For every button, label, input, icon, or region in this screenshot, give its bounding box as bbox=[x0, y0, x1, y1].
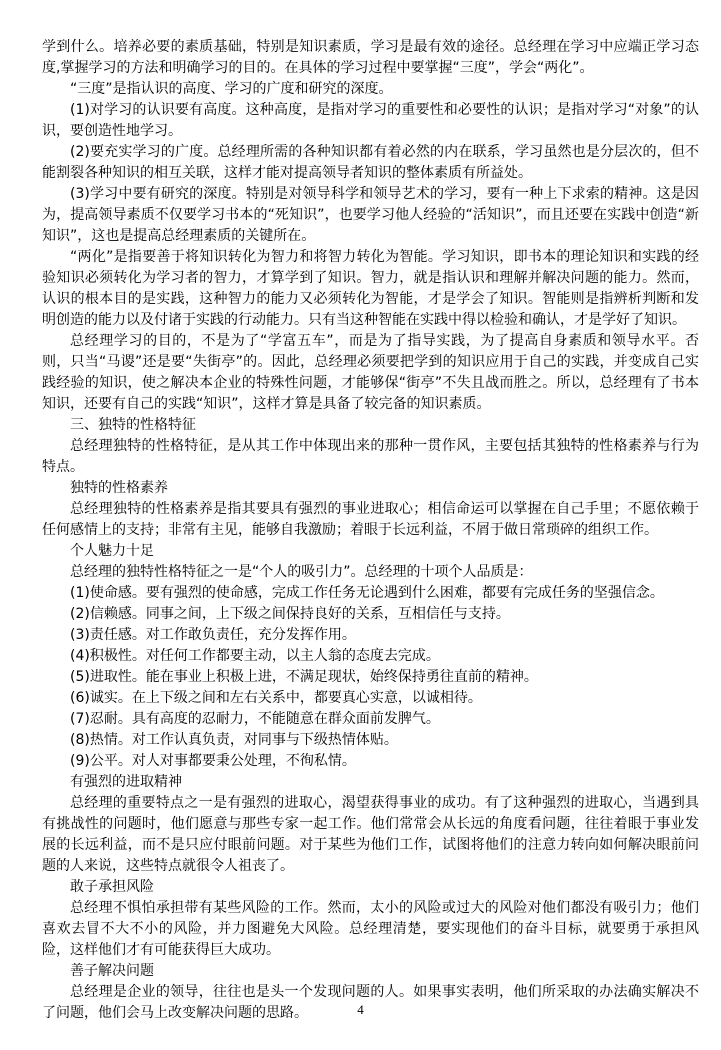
paragraph: “两化”是指要善于将知识转化为智力和将智力转化为智能。学习知识，即书本的理论知识… bbox=[42, 247, 699, 331]
section-heading: 三、独特的性格特征 bbox=[42, 415, 699, 436]
document-body: 学到什么。培养必要的素质基础，特别是知识素质，学习是最有效的途径。总经理在学习中… bbox=[42, 37, 699, 1024]
list-item: (9)公平。对人对事都要秉公处理，不徇私情。 bbox=[42, 751, 699, 772]
paragraph: 总经理学习的目的，不是为了“学富五车”，而是为了指导实践，为了提高自身素质和领导… bbox=[42, 331, 699, 415]
list-item: (6)诚实。在上下级之间和左右关系中，都要真心实意，以诚相待。 bbox=[42, 688, 699, 709]
paragraph: 总经理的独特性格特征之一是“个人的吸引力”。总经理的十项个人品质是： bbox=[42, 562, 699, 583]
list-item: (3)责任感。对工作敢负责任，充分发挥作用。 bbox=[42, 625, 699, 646]
list-item: (8)热情。对工作认真负责，对同事与下级热情体贴。 bbox=[42, 730, 699, 751]
document-page: 学到什么。培养必要的素质基础，特别是知识素质，学习是最有效的途径。总经理在学习中… bbox=[0, 0, 721, 1050]
page-number: 4 bbox=[0, 1002, 721, 1018]
paragraph: “三度”是指认识的高度、学习的广度和研究的深度。 bbox=[42, 79, 699, 100]
paragraph: (1)对学习的认识要有高度。这种高度，是指对学习的重要性和必要性的认识；是指对学… bbox=[42, 100, 699, 142]
paragraph: 总经理不惧怕承担带有某些风险的工作。然而，太小的风险或过大的风险对他们都没有吸引… bbox=[42, 898, 699, 961]
paragraph: (2)要充实学习的广度。总经理所需的各种知识都有着必然的内在联系，学习虽然也是分… bbox=[42, 142, 699, 184]
section-heading: 敢子承担风险 bbox=[42, 877, 699, 898]
section-heading: 独特的性格素养 bbox=[42, 478, 699, 499]
paragraph: (3)学习中要有研究的深度。特别是对领导科学和领导艺术的学习，要有一种上下求索的… bbox=[42, 184, 699, 247]
list-item: (7)忍耐。具有高度的忍耐力，不能随意在群众面前发脾气。 bbox=[42, 709, 699, 730]
list-item: (2)信赖感。同事之间，上下级之间保持良好的关系，互相信任与支持。 bbox=[42, 604, 699, 625]
section-heading: 善子解决问题 bbox=[42, 961, 699, 982]
paragraph: 总经理独特的性格素养是指其要具有强烈的事业进取心；相信命运可以掌握在自己手里；不… bbox=[42, 499, 699, 541]
section-heading: 个人魅力十足 bbox=[42, 541, 699, 562]
paragraph: 总经理独特的性格特征，是从其工作中体现出来的那种一贯作风，主要包括其独特的性格素… bbox=[42, 436, 699, 478]
list-item: (4)积极性。对任何工作都要主动，以主人翁的态度去完成。 bbox=[42, 646, 699, 667]
section-heading: 有强烈的进取精神 bbox=[42, 772, 699, 793]
paragraph: 总经理的重要特点之一是有强烈的进取心，渴望获得事业的成功。有了这种强烈的进取心，… bbox=[42, 793, 699, 877]
list-item: (1)使命感。要有强烈的使命感，完成工作任务无论遇到什么困难，都要有完成任务的坚… bbox=[42, 583, 699, 604]
paragraph: 学到什么。培养必要的素质基础，特别是知识素质，学习是最有效的途径。总经理在学习中… bbox=[42, 37, 699, 79]
list-item: (5)进取性。能在事业上积极上进，不满足现状，始终保持勇往直前的精神。 bbox=[42, 667, 699, 688]
